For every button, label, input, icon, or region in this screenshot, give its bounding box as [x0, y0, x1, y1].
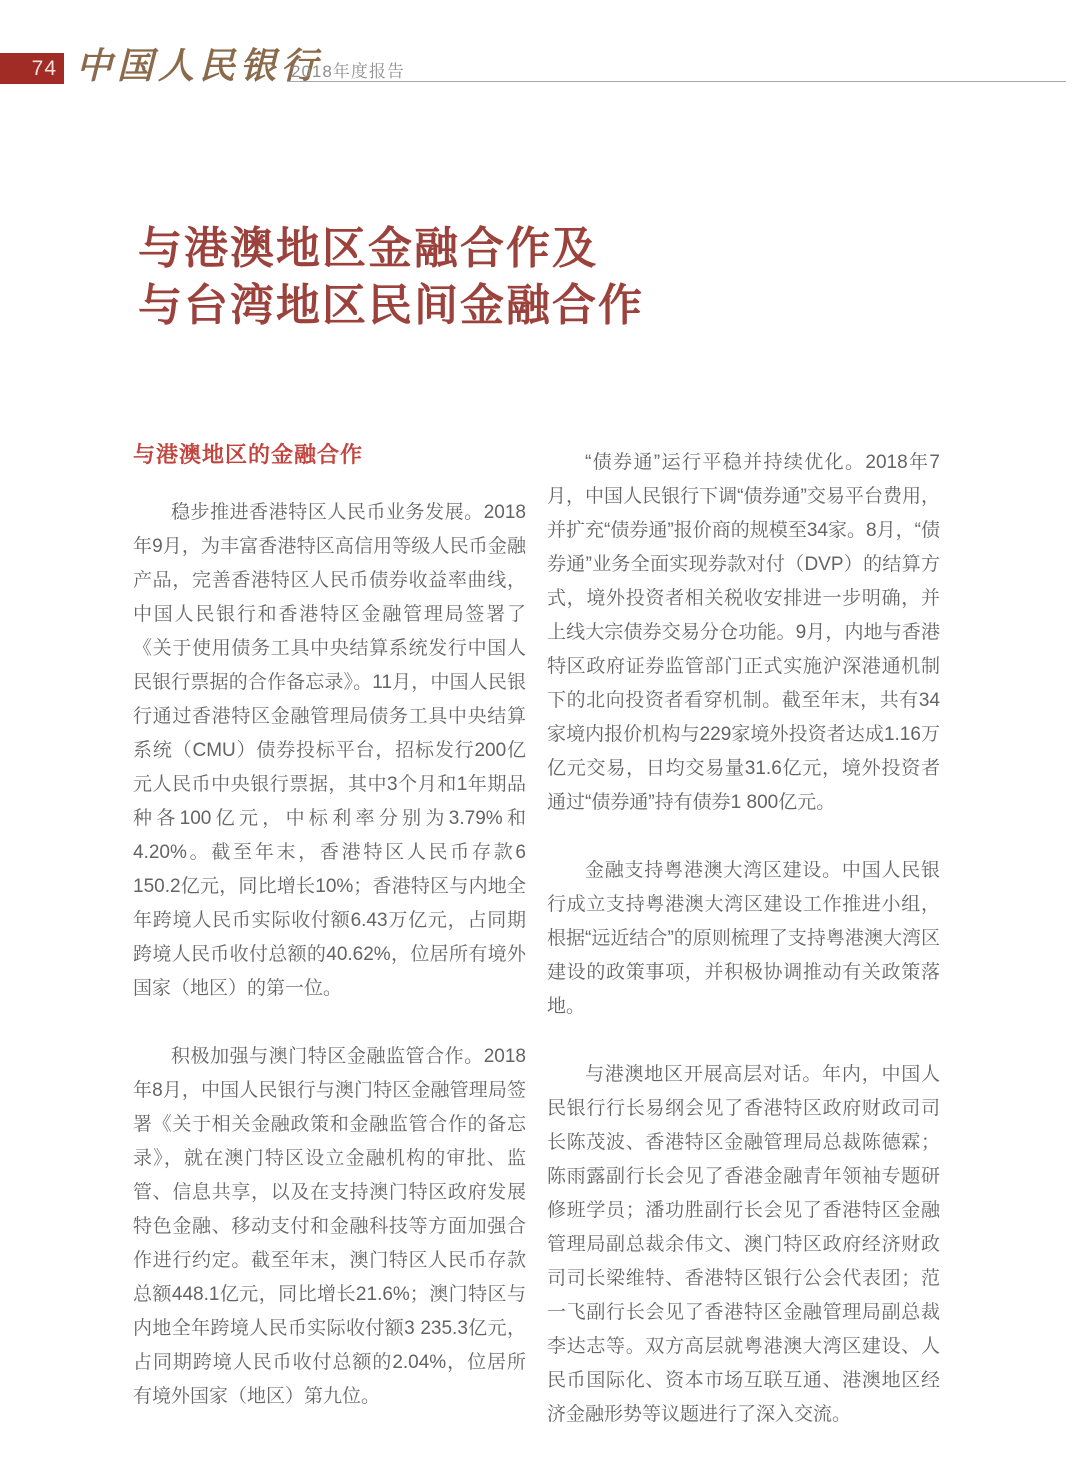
- page-number-badge: 74: [0, 53, 64, 84]
- paragraph: 与港澳地区开展高层对话。年内，中国人民银行行长易纲会见了香港特区政府财政司司长陈…: [547, 1058, 940, 1432]
- paragraph: 稳步推进香港特区人民币业务发展。2018年9月，为丰富香港特区高信用等级人民币金…: [133, 496, 526, 1006]
- header-divider: [287, 81, 1066, 82]
- paragraph: 积极加强与澳门特区金融监管合作。2018年8月，中国人民银行与澳门特区金融管理局…: [133, 1040, 526, 1414]
- chapter-title: 与港澳地区金融合作及 与台湾地区民间金融合作: [138, 220, 644, 334]
- bank-logo: 中国人民银行: [76, 44, 322, 88]
- paragraph: “债券通”运行平稳并持续优化。2018年7月，中国人民银行下调“债券通”交易平台…: [547, 446, 940, 820]
- chapter-title-line2: 与台湾地区民间金融合作: [138, 277, 644, 334]
- chapter-title-line1: 与港澳地区金融合作及: [138, 220, 644, 277]
- left-column: 与港澳地区的金融合作 稳步推进香港特区人民币业务发展。2018年9月，为丰富香港…: [133, 438, 526, 1414]
- report-page: 74 中国人民银行 2018年度报告 与港澳地区金融合作及 与台湾地区民间金融合…: [0, 0, 1080, 1468]
- right-column: “债券通”运行平稳并持续优化。2018年7月，中国人民银行下调“债券通”交易平台…: [547, 438, 940, 1432]
- paragraph: 金融支持粤港澳大湾区建设。中国人民银行成立支持粤港澳大湾区建设工作推进小组，根据…: [547, 854, 940, 1024]
- section-heading: 与港澳地区的金融合作: [133, 438, 526, 472]
- report-year-label: 2018年度报告: [291, 57, 405, 82]
